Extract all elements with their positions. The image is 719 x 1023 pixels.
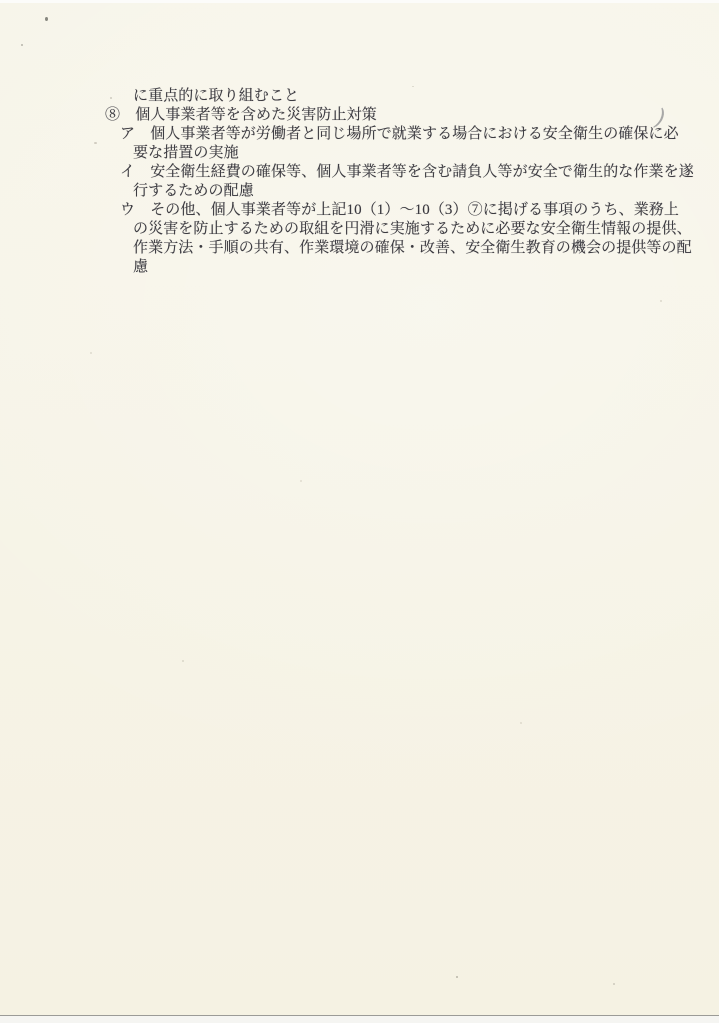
scan-edge-top bbox=[0, 0, 719, 3]
text-line: に重点的に取り組むこと bbox=[105, 87, 685, 106]
paper-speck bbox=[21, 44, 23, 46]
text-line: イ 安全衛生経費の確保等、個人事業者等を含む請負人等が安全で衛生的な作業を遂 bbox=[105, 163, 685, 182]
text-line: ⑧ 個人事業者等を含めた災害防止対策 bbox=[105, 106, 685, 125]
text-line: の災害を防止するための取組を円滑に実施するために必要な安全衛生情報の提供、 bbox=[105, 220, 685, 239]
document-text-block: に重点的に取り組むこと⑧ 個人事業者等を含めた災害防止対策ア 個人事業者等が労働… bbox=[105, 87, 685, 277]
pen-stroke-icon bbox=[650, 104, 672, 132]
scanned-page: に重点的に取り組むこと⑧ 個人事業者等を含めた災害防止対策ア 個人事業者等が労働… bbox=[0, 0, 719, 1023]
paper-speck bbox=[300, 480, 302, 482]
paper-speck bbox=[412, 86, 414, 87]
paper-speck bbox=[456, 976, 458, 978]
paper-speck bbox=[90, 352, 92, 354]
scan-edge-bottom bbox=[0, 1015, 719, 1023]
text-line: ウ その他、個人事業者等が上記10（1）～10（3）⑦に掲げる事項のうち、業務上 bbox=[105, 201, 685, 220]
paper-speck bbox=[45, 17, 48, 21]
paper-speck bbox=[182, 660, 184, 662]
paper-speck bbox=[613, 983, 615, 985]
text-line: ア 個人事業者等が労働者と同じ場所で就業する場合における安全衛生の確保に必 bbox=[105, 125, 685, 144]
text-line: 慮 bbox=[105, 258, 685, 277]
paper-speck bbox=[520, 722, 522, 724]
paper-speck bbox=[94, 142, 97, 144]
paper-speck bbox=[660, 300, 662, 302]
text-line: 要な措置の実施 bbox=[105, 144, 685, 163]
text-line: 行するための配慮 bbox=[105, 182, 685, 201]
text-line: 作業方法・手順の共有、作業環境の確保・改善、安全衛生教育の機会の提供等の配 bbox=[105, 239, 685, 258]
paper-speck bbox=[110, 97, 112, 99]
